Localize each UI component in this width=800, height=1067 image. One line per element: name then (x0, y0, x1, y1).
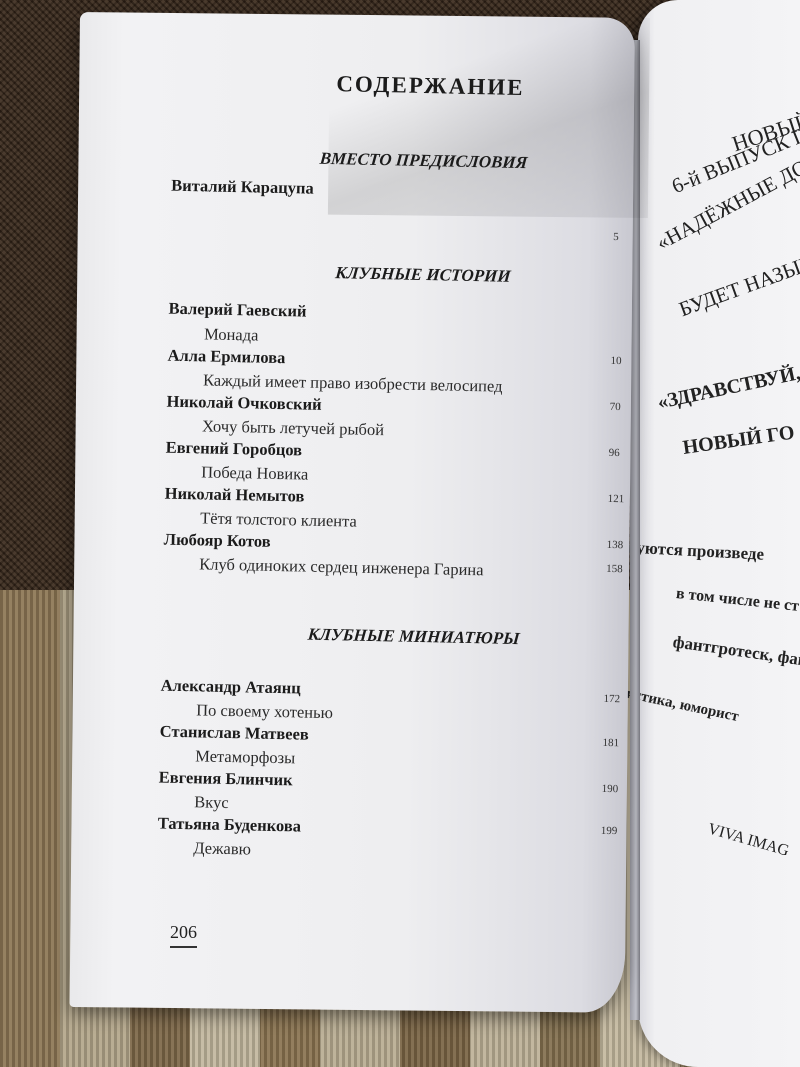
toc-author: Евгений Горобцов (165, 438, 302, 461)
right-line: фантгротеск, фан (672, 632, 800, 671)
right-page: НОВЫЙ, 6-й ВЫПУСК ПР «НАДЁЖНЫЕ ДОРОГИ « … (638, 0, 800, 1067)
toc-author: Любояр Котов (164, 530, 271, 552)
right-line: в том числе не ст (675, 585, 800, 616)
right-line: «ЗДРАВСТВУЙ, Н (656, 358, 800, 415)
toc-story: По своему хотенью (196, 700, 333, 723)
toc-author: Алла Ермилова (167, 346, 285, 368)
contents-heading: СОДЕРЖАНИЕ (336, 71, 525, 101)
toc-author: Александр Атаянц (160, 676, 301, 699)
toc-page-number: 138 (607, 539, 624, 551)
toc-author: Евгения Блинчик (159, 768, 293, 791)
toc-page-number: 172 (603, 693, 620, 705)
section-heading: КЛУБНЫЕ ИСТОРИИ (334, 263, 511, 287)
toc-author: Валерий Гаевский (168, 299, 306, 322)
toc-page-number: 5 (613, 231, 619, 243)
toc-story: Тётя толстого клиента (200, 508, 357, 531)
toc-page-number: 121 (608, 493, 625, 505)
page-shadow (328, 15, 650, 218)
toc-author: Станислав Матвеев (160, 722, 309, 745)
toc-page-number: 199 (601, 825, 618, 837)
toc-author: Николай Очковский (166, 392, 321, 415)
toc-author: Татьяна Буденкова (158, 814, 302, 837)
toc-story: Победа Новика (201, 462, 309, 484)
toc-story: Дежавю (193, 838, 251, 859)
toc-page-number: 70 (610, 401, 621, 413)
toc-author: Николай Немытов (165, 484, 305, 507)
toc-page-number: 158 (606, 563, 623, 575)
toc-page-number: 10 (610, 355, 621, 367)
page-folio-number: 206 (170, 922, 197, 948)
toc-story: Метаморфозы (195, 746, 295, 768)
right-line: БУДЕТ НАЗЫВ (676, 250, 800, 322)
toc-page-number: 96 (609, 447, 620, 459)
right-line: НОВЫЙ ГО (681, 421, 796, 459)
toc-author: Виталий Карацупа (171, 176, 314, 199)
toc-story: Вкус (194, 792, 229, 813)
toc-page-number: 190 (602, 783, 619, 795)
toc-story: Монада (204, 324, 259, 345)
toc-page-number: 181 (602, 737, 619, 749)
toc-story: Хочу быть летучей рыбой (202, 416, 384, 440)
right-line: VIVA IMAG (706, 820, 791, 860)
